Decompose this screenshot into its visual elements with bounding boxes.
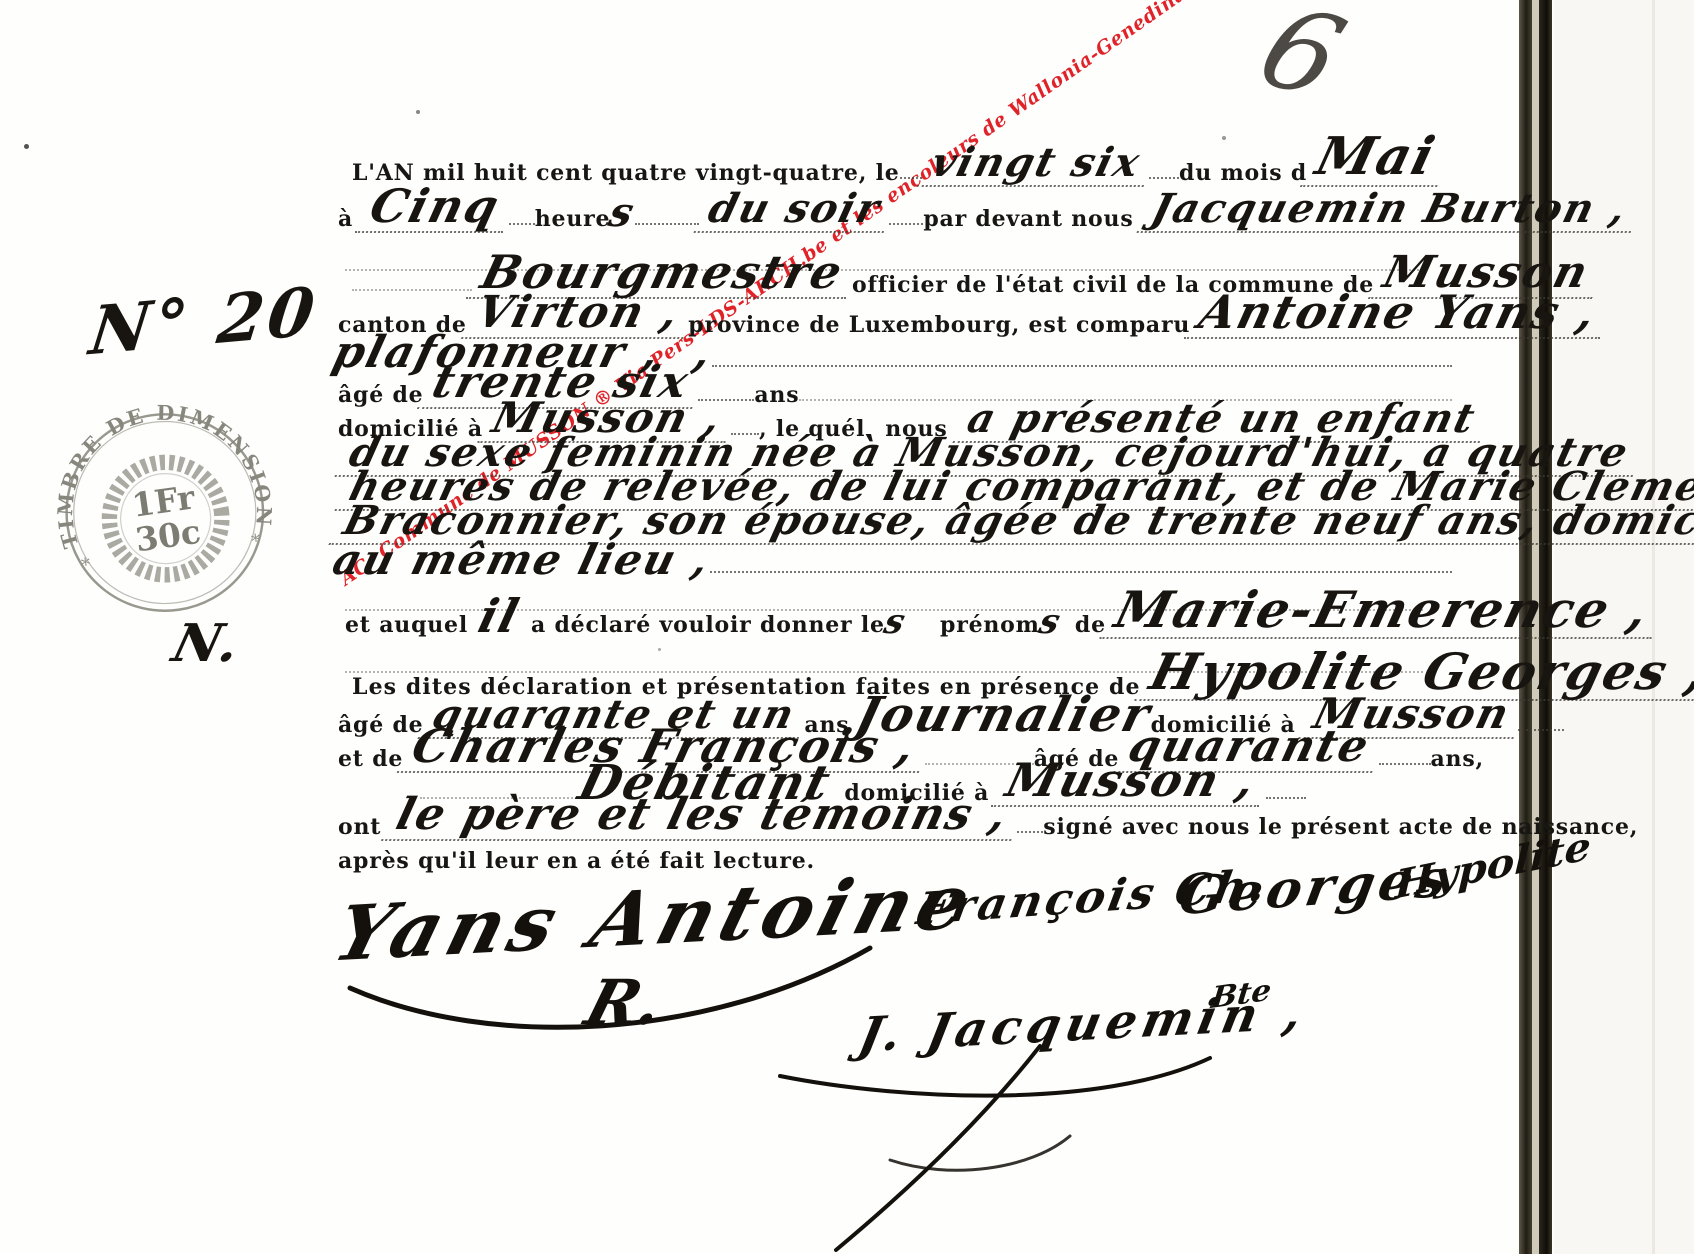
- speck: [1222, 136, 1226, 140]
- printed-at: à: [338, 208, 353, 230]
- speck: [24, 144, 29, 149]
- birth-act-scan: 6 N° 20 N. TIMBRE DE DIMENSION 1Fr 30c *…: [0, 0, 1694, 1254]
- printed-name-clause3: prénom: [940, 614, 1040, 636]
- stamp-value-centimes: 30c: [133, 512, 203, 560]
- signature-officer-flourish: [740, 1040, 1300, 1254]
- signature-officer-title: Bte: [1210, 976, 1273, 1014]
- corner-pencil-mark: 6: [1242, 0, 1360, 122]
- printed-month-label: du mois d: [1179, 162, 1307, 184]
- hw-officer-name: Jacquemin Burton ,: [1136, 189, 1641, 233]
- hw-plural-s2: s: [1035, 605, 1065, 639]
- signature-father: Yans Antoine: [327, 864, 984, 973]
- margin-n-mark: N.: [168, 618, 247, 670]
- stamp-ornament-left: *: [80, 555, 92, 577]
- act-line-name: et auquel il a déclaré vouloir donner le…: [345, 594, 1473, 640]
- signature-father-paraph: R.: [579, 972, 670, 1034]
- hw-hour: Cinq: [355, 183, 515, 233]
- printed-hour-label: heure: [535, 208, 611, 230]
- hw-month: Mai: [1300, 131, 1451, 187]
- hw-plural-s: s: [605, 193, 640, 233]
- printed-name-clause1: et auquel: [345, 614, 468, 636]
- revenue-stamp: TIMBRE DE DIMENSION 1Fr 30c * *: [37, 383, 291, 637]
- speck: [416, 110, 420, 114]
- printed-name-clause2: a déclaré vouloir donner le: [531, 614, 885, 636]
- hw-period: du soir: [693, 189, 894, 233]
- act-line-hour: à Cinq heure s du soir par devant nous J…: [338, 188, 1446, 234]
- act-number: N° 20: [86, 278, 322, 365]
- hw-il: il: [474, 593, 524, 639]
- printed-before-us: par devant nous: [923, 208, 1133, 230]
- hw-child-name: Marie-Emerence ,: [1099, 585, 1665, 639]
- act-line-year: L'AN mil huit cent quatre vingt-quatre, …: [352, 142, 1444, 188]
- hw-day: vingt six: [916, 143, 1154, 187]
- printed-and-of: et de: [338, 748, 403, 770]
- hw-plural-s1: s: [881, 605, 911, 639]
